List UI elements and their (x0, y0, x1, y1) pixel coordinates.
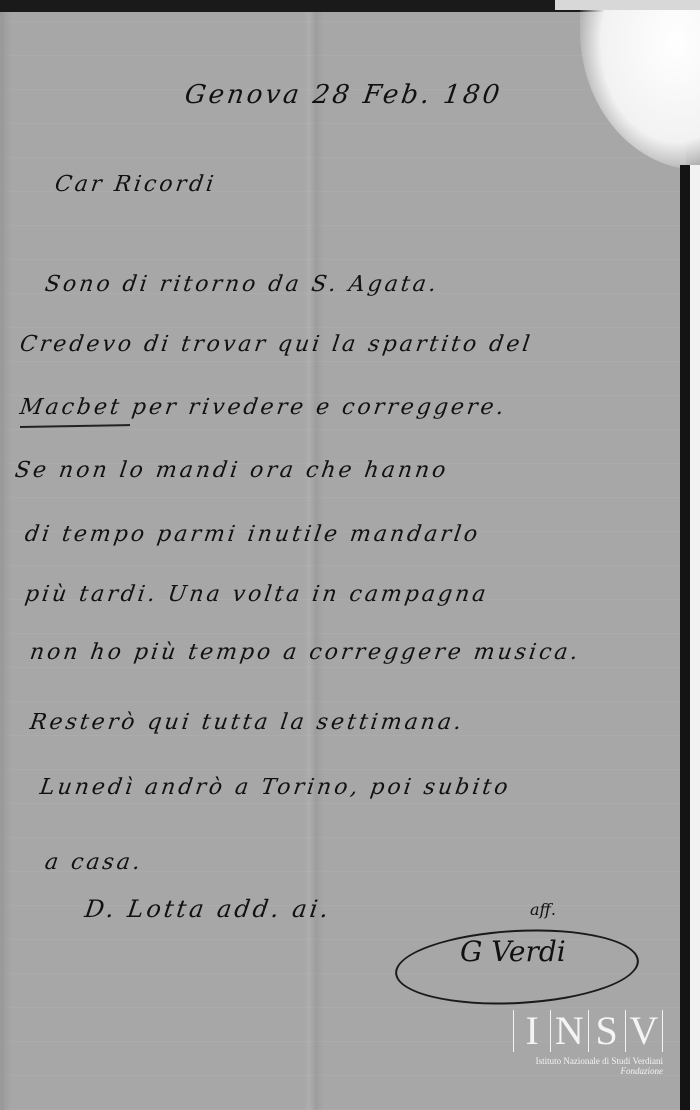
watermark-institution: Istituto Nazionale di Studi Verdiani (513, 1056, 663, 1066)
letter-postscript: D. Lotta add. ai. (83, 895, 333, 923)
signature: G Verdi (460, 935, 566, 968)
letter-line: Resterò qui tutta la settimana. (28, 710, 466, 735)
letter-line: di tempo parmi inutile mandarlo (23, 522, 482, 547)
watermark-letter: I (514, 1010, 551, 1052)
watermark-letter: N (551, 1010, 588, 1052)
watermark-letter: S (589, 1010, 626, 1052)
scanned-letter: Genova 28 Feb. 180 Car Ricordi Sono di r… (0, 0, 700, 1110)
letter-line: non ho più tempo a correggere musica. (28, 640, 582, 665)
paper-right-shadow (680, 165, 690, 1110)
watermark-subtitle: Fondazione (513, 1066, 663, 1076)
letter-salutation: Car Ricordi (53, 172, 218, 197)
letter-closing: aff. (530, 900, 556, 919)
letter-line: Macbet per rivedere e correggere. (18, 395, 508, 420)
letter-place-date: Genova 28 Feb. 180 (183, 80, 504, 110)
paper-top-edge (555, 0, 700, 10)
letter-line: Lunedì andrò a Torino, poi subito (38, 775, 512, 800)
letter-line: Sono di ritorno da S. Agata. (43, 272, 440, 297)
scan-margin-right (690, 165, 700, 1110)
insv-watermark: I N S V Istituto Nazionale di Studi Verd… (513, 1010, 663, 1076)
letter-line: a casa. (43, 850, 144, 875)
letter-line: Se non lo mandi ora che hanno (13, 458, 450, 483)
paper-top-shadow (0, 0, 640, 12)
watermark-logo: I N S V (513, 1010, 663, 1052)
letter-line: Credevo di trovar qui la spartito del (18, 332, 534, 357)
watermark-letter: V (626, 1010, 663, 1052)
letter-line: più tardi. Una volta in campagna (23, 582, 490, 607)
